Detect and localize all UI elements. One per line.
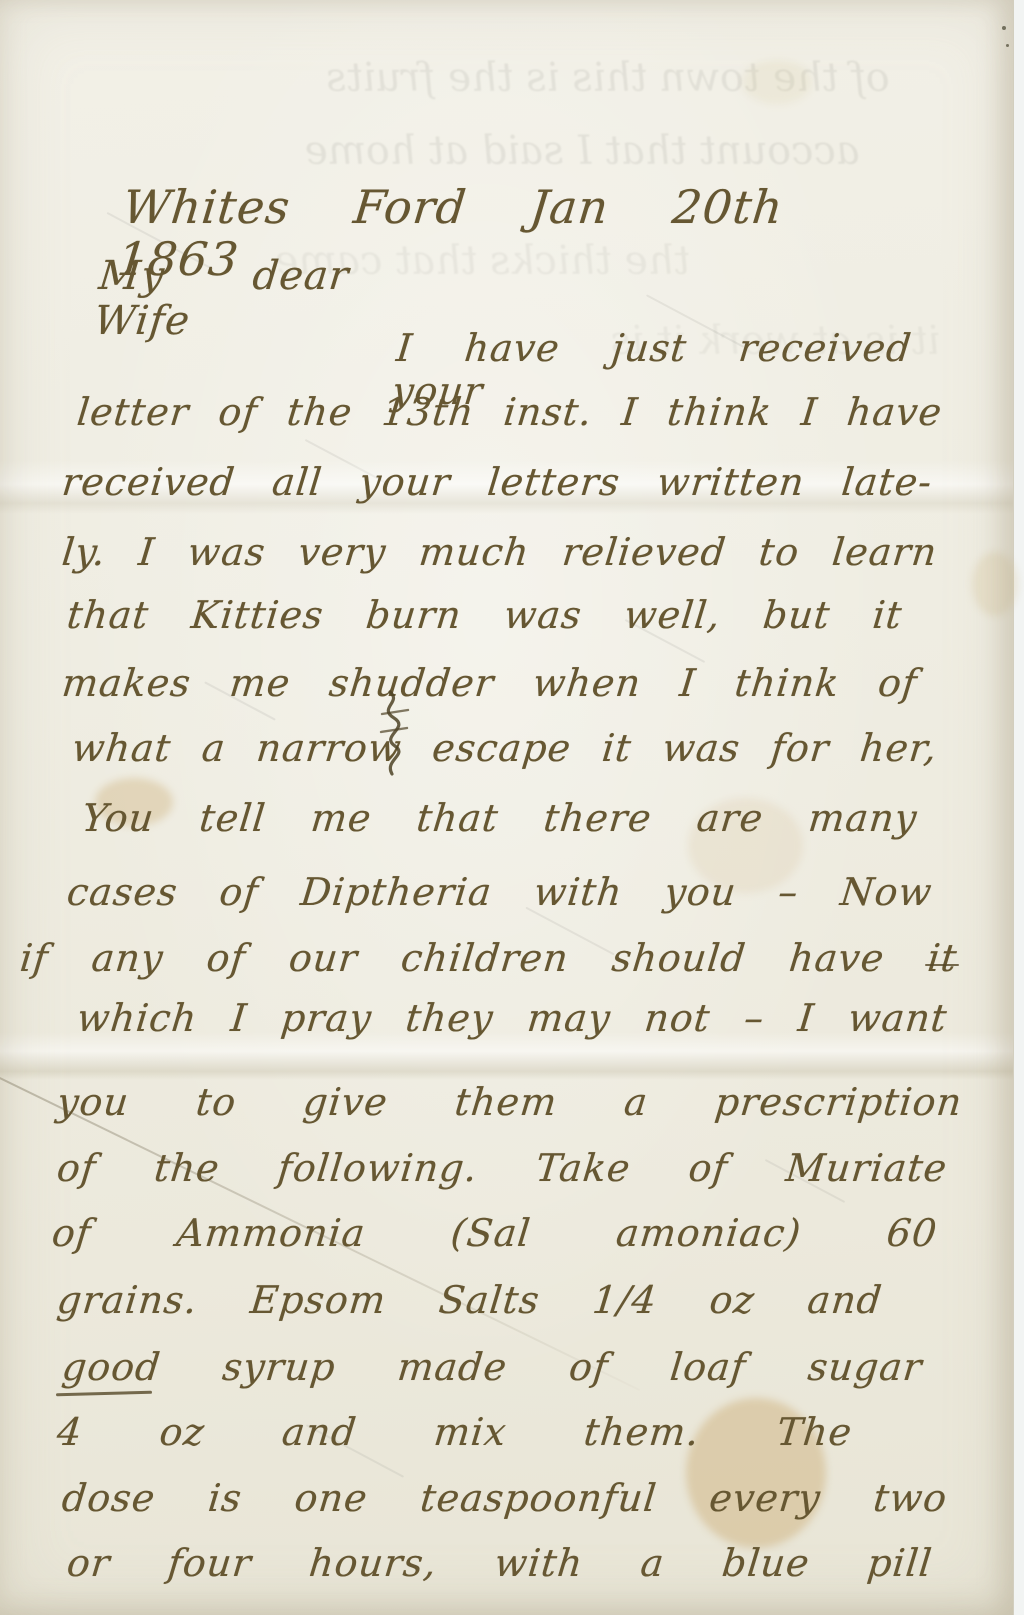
letter-line: which I pray they may not – I want <box>75 997 949 1040</box>
scanned-letter: of the town this is the fruits account t… <box>0 0 1024 1615</box>
letter-line: dose is one teaspoonful every two <box>60 1477 949 1520</box>
letter-line: You tell me that there are many <box>80 797 919 840</box>
paper-stain <box>972 552 1018 616</box>
letter-line: 4 oz and mix them. The <box>55 1411 854 1454</box>
letter-line: of the following. Take of Muriate <box>55 1147 949 1190</box>
letter-line: you to give them a prescription <box>55 1081 964 1124</box>
letter-page: of the town this is the fruits account t… <box>0 0 1014 1615</box>
letter-line: that Kitties burn was well, but it <box>65 594 904 637</box>
letter-line: ly. I was very much relieved to learn <box>60 531 939 574</box>
letter-line: what a narrow escape it was for her, <box>70 727 939 770</box>
showthrough-text: account that I said at home <box>88 128 863 174</box>
letter-line: grains. Epsom Salts 1/4 oz and <box>55 1279 884 1322</box>
letter-line: received all your letters written late- <box>60 461 934 504</box>
showthrough-text: of the town this is the fruits <box>108 55 893 101</box>
ink-insertion-mark <box>368 688 420 780</box>
letter-line: makes me shudder when I think of <box>60 662 919 705</box>
letter-line: if any of our children should have it <box>18 937 959 980</box>
letter-line: cases of Diptheria with you – Now <box>65 871 934 914</box>
letter-line: or four hours, with a blue pill <box>65 1542 934 1585</box>
ink-speck <box>1006 44 1009 47</box>
letter-line: of Ammonia (Sal amoniac) 60 <box>50 1212 939 1255</box>
letter-line: letter of the 13th inst. I think I have <box>75 391 944 434</box>
letter-line: good syrup made of loaf sugar <box>60 1346 924 1389</box>
ink-speck <box>1002 26 1006 30</box>
underline-it <box>925 964 959 966</box>
salutation: My dear Wife <box>92 254 351 344</box>
underline-good <box>56 1391 152 1397</box>
